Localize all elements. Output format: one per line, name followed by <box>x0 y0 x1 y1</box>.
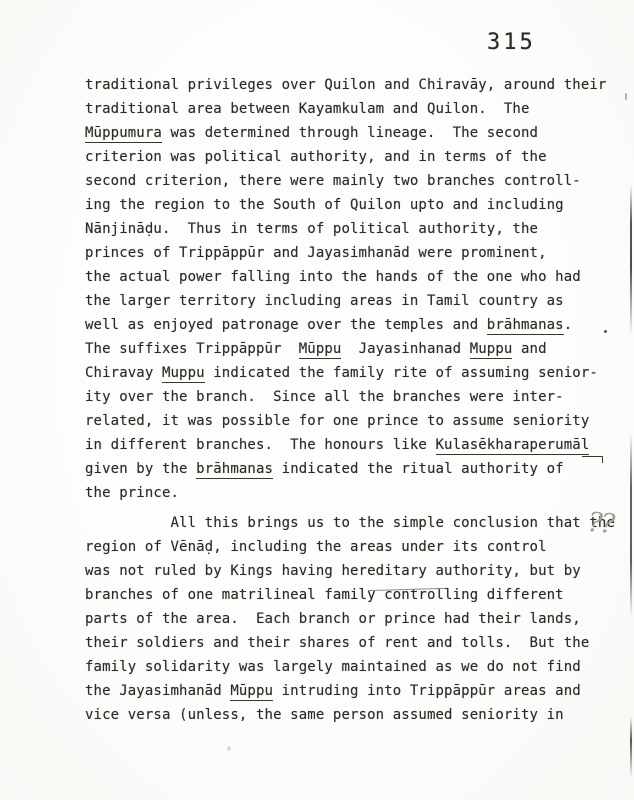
text-segment: the actual power falling into the hands … <box>85 269 581 285</box>
text-line: branches of one matrilineal family contr… <box>85 583 625 607</box>
text-segment: criterion was political authority, and i… <box>85 149 547 165</box>
scan-edge-artifact <box>630 716 632 778</box>
text-line: related, it was possible for one prince … <box>85 409 625 433</box>
text-line: the actual power falling into the hands … <box>85 265 625 289</box>
text-segment: . <box>564 317 573 333</box>
text-line: criterion was political authority, and i… <box>85 145 625 169</box>
text-line: the prince. <box>85 481 625 505</box>
underlined-term: Mūppu <box>299 341 342 359</box>
text-segment: and <box>512 341 546 357</box>
text-line: parts of the area. Each branch or prince… <box>85 607 625 631</box>
text-line: was not ruled by Kings having hereditary… <box>85 559 625 583</box>
ink-speck <box>604 330 607 333</box>
underline-hook-mark <box>582 456 603 457</box>
text-line: princes of Trippāppūr and Jayasimhanād w… <box>85 241 625 265</box>
text-segment: given by the <box>85 461 196 477</box>
text-line: family solidarity was largely maintained… <box>85 655 625 679</box>
page-number: 315 <box>487 30 536 55</box>
text-segment: parts of the area. Each branch or prince… <box>85 611 581 627</box>
underlined-term: Mūppu <box>230 683 273 701</box>
text-segment: All this brings us to the simple conclus… <box>85 515 615 531</box>
text-segment: second criterion, there were mainly two … <box>85 173 581 189</box>
text-line: The suffixes Trippāppūr Mūppu Jayasinhan… <box>85 337 625 361</box>
underlined-term: Muppu <box>470 341 513 359</box>
scan-edge-artifact <box>630 185 632 335</box>
text-segment: vice versa (unless, the same person assu… <box>85 707 564 723</box>
text-line: given by the brāhmanas indicated the rit… <box>85 457 625 481</box>
underlined-term: Mūppumura <box>85 125 162 143</box>
text-line: Chiravay Muppu indicated the family rite… <box>85 361 625 385</box>
text-segment: indicated the ritual authority of <box>273 461 564 477</box>
text-segment: Nānjināḍu. Thus in terms of political au… <box>85 221 538 237</box>
text-segment: was determined through lineage. The seco… <box>162 125 538 141</box>
text-line: vice versa (unless, the same person assu… <box>85 703 625 727</box>
text-segment: the larger territory including areas in … <box>85 293 564 309</box>
handwritten-question-marks: ?? <box>587 507 615 540</box>
text-segment: related, it was possible for one prince … <box>85 413 589 429</box>
text-line: Mūppumura was determined through lineage… <box>85 121 625 145</box>
scanned-page: 315 traditional privileges over Quilon a… <box>0 0 634 800</box>
text-segment: Jayasinhanad <box>341 341 469 357</box>
text-segment: well as enjoyed patronage over the templ… <box>85 317 487 333</box>
text-line: All this brings us to the simple conclus… <box>85 511 625 535</box>
underlined-term: Kulasēkharaperumāl <box>436 437 590 455</box>
text-segment: indicated the family rite of assuming se… <box>205 365 598 381</box>
text-line: traditional area between Kayamkulam and … <box>85 97 625 121</box>
ink-speck <box>625 93 627 100</box>
text-block: traditional privileges over Quilon and C… <box>85 73 625 727</box>
text-segment: was not ruled by Kings having hereditary… <box>85 563 581 579</box>
text-line: well as enjoyed patronage over the templ… <box>85 313 625 337</box>
underlined-term: Muppu <box>162 365 205 383</box>
text-line: their soldiers and their shares of rent … <box>85 631 625 655</box>
text-segment: family solidarity was largely maintained… <box>85 659 581 675</box>
text-segment: branches of one matrilineal family contr… <box>85 587 564 603</box>
text-segment: region of Vēnāḍ, including the areas und… <box>85 539 547 555</box>
text-line: Nānjināḍu. Thus in terms of political au… <box>85 217 625 241</box>
text-line: in different branches. The honours like … <box>85 433 625 457</box>
text-line: second criterion, there were mainly two … <box>85 169 625 193</box>
underlined-term: brāhmanas <box>487 317 564 335</box>
text-segment: traditional area between Kayamkulam and … <box>85 101 530 117</box>
paragraph: All this brings us to the simple conclus… <box>85 511 625 727</box>
text-segment: princes of Trippāppūr and Jayasimhanād w… <box>85 245 547 261</box>
text-segment: their soldiers and their shares of rent … <box>85 635 589 651</box>
text-line: traditional privileges over Quilon and C… <box>85 73 625 97</box>
text-line: region of Vēnāḍ, including the areas und… <box>85 535 625 559</box>
text-segment: traditional privileges over Quilon and C… <box>85 77 606 93</box>
text-segment: ing the region to the South of Quilon up… <box>85 197 564 213</box>
paragraph: traditional privileges over Quilon and C… <box>85 73 625 505</box>
scan-edge-artifact <box>630 433 632 617</box>
text-segment: the Jayasimhanād <box>85 683 230 699</box>
text-line: the Jayasimhanād Mūppu intruding into Tr… <box>85 679 625 703</box>
text-segment: in different branches. The honours like <box>85 437 436 453</box>
ink-speck <box>227 746 231 751</box>
text-segment: intruding into Trippāppūr areas and <box>273 683 581 699</box>
text-segment: Chiravay <box>85 365 162 381</box>
text-segment: the prince. <box>85 485 179 501</box>
text-segment: The suffixes Trippāppūr <box>85 341 299 357</box>
text-segment: ity over the branch. Since all the branc… <box>85 389 564 405</box>
text-line: ity over the branch. Since all the branc… <box>85 385 625 409</box>
text-line: the larger territory including areas in … <box>85 289 625 313</box>
underlined-term: brāhmanas <box>196 461 273 479</box>
text-line: ing the region to the South of Quilon up… <box>85 193 625 217</box>
